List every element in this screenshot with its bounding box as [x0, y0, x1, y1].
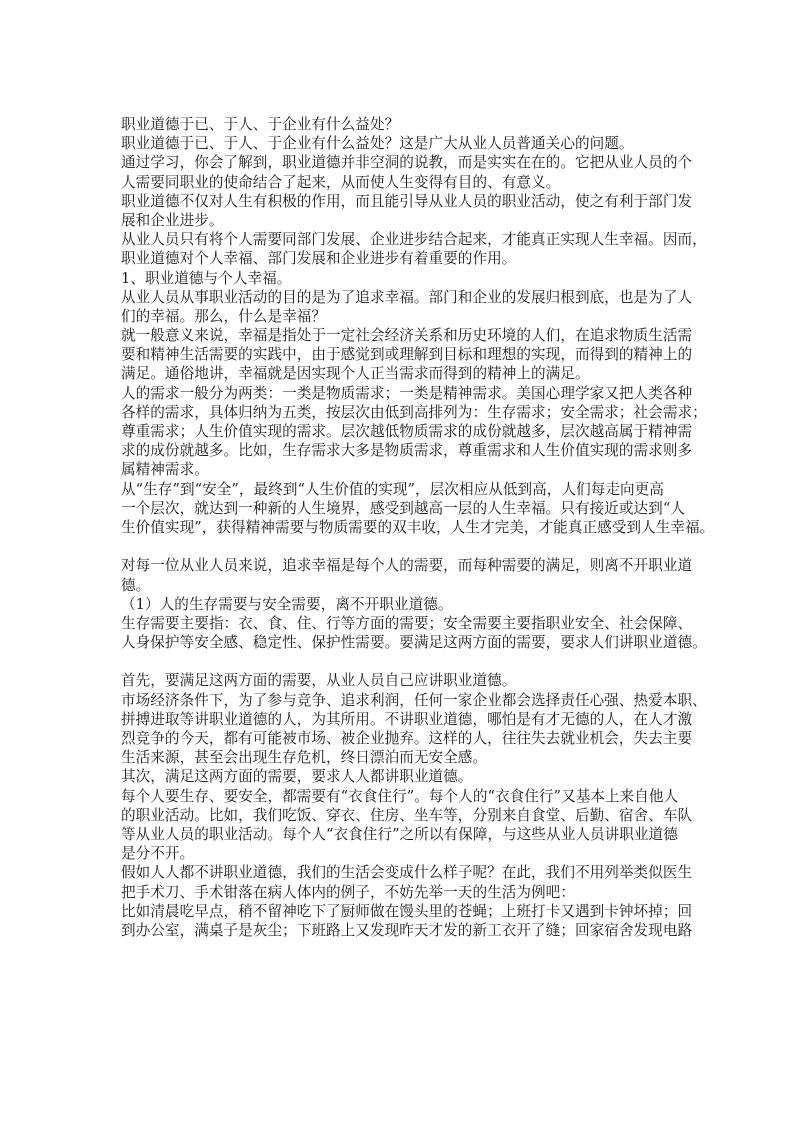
text-line: 到办公室，满桌子是灰尘；下班路上又发现昨天才发的新工衣开了缝；回家宿舍发现电路: [121, 921, 701, 940]
text-line: 等从业人员的职业活动。每个人“衣食住行”之所以有保障，与这些从业人员讲职业道德: [121, 825, 701, 844]
text-line: 要和精神生活需要的实践中，由于感觉到或理解到目标和理想的实现，而得到的精神上的: [121, 345, 701, 364]
text-line: 们的幸福。那么，什么是幸福？: [121, 307, 701, 326]
text-line: 的职业活动。比如，我们吃饭、穿衣、住房、坐车等，分别来自食堂、后勤、宿舍、车队: [121, 806, 701, 825]
text-line: 生存需要主要指：衣、食、住、行等方面的需要；安全需要主要指职业安全、社会保障、: [121, 614, 701, 633]
text-line: 人的需求一般分为两类：一类是物质需求；一类是精神需求。美国心理学家又把人类各种: [121, 384, 701, 403]
text-line: 从业人员从事职业活动的目的是为了追求幸福。部门和企业的发展归根到底，也是为了人: [121, 288, 701, 307]
blank-line: [121, 652, 701, 671]
text-line: 德。: [121, 576, 701, 595]
text-line: 把手术刀、手术钳落在病人体内的例子，不妨先举一天的生活为例吧：: [121, 883, 701, 902]
text-line: 生价值实现”，获得精神需要与物质需要的双丰收，人生才完美，才能真正感受到人生幸福…: [121, 518, 701, 537]
text-line: 从业人员只有将个人需要同部门发展、企业进步结合起来，才能真正实现人生幸福。因而，: [121, 230, 701, 249]
text-line: 就一般意义来说，幸福是指处于一定社会经济关系和历史环境的人们，在追求物质生活需: [121, 326, 701, 345]
text-line: 烈竞争的今天，都有可能被市场、被企业抛弃。这样的人，往往失去就业机会，失去主要: [121, 729, 701, 748]
text-line: 是分不开。: [121, 844, 701, 863]
text-line: 职业道德于已、于人、于企业有什么益处？: [121, 115, 701, 134]
text-line: 通过学习，你会了解到，职业道德并非空洞的说教，而是实实在在的。它把从业人员的个: [121, 153, 701, 172]
text-line: 展和企业进步。: [121, 211, 701, 230]
text-line: 职业道德不仅对人生有积极的作用，而且能引导从业人员的职业活动，使之有利于部门发: [121, 192, 701, 211]
text-line: 从“生存”到“安全”，最终到“人生价值的实现”，层次相应从低到高，人们每走向更高: [121, 480, 701, 499]
text-line: 满足。通俗地讲，幸福就是因实现个人正当需求而得到的精神上的满足。: [121, 364, 701, 383]
text-line: 假如人人都不讲职业道德，我们的生活会变成什么样子呢？在此，我们不用列举类似医生: [121, 863, 701, 882]
blank-line: [121, 537, 701, 556]
text-line: 属精神需求。: [121, 460, 701, 479]
text-line: 首先，要满足这两方面的需要，从业人员自己应讲职业道德。: [121, 671, 701, 690]
text-line: 人身保护等安全感、稳定性、保护性需要。要满足这两方面的需要，要求人们讲职业道德。: [121, 633, 701, 652]
text-line: 尊重需求；人生价值实现的需求。层次越低物质需求的成份就越多，层次越高属于精神需: [121, 422, 701, 441]
text-line: 比如清晨吃早点，稍不留神吃下了厨师做在馒头里的苍蝇；上班打卡又遇到卡钟坏掉；回: [121, 902, 701, 921]
text-line: 职业道德对个人幸福、部门发展和企业进步有着重要的作用。: [121, 249, 701, 268]
text-line: 1、职业道德与个人幸福。: [121, 269, 701, 288]
text-line: 市场经济条件下，为了参与竞争、追求利润，任何一家企业都会选择责任心强、热爱本职、: [121, 691, 701, 710]
text-line: 每个人要生存、要安全，都需要有“衣食住行”。每个人的“衣食住行”又基本上来自他人: [121, 787, 701, 806]
document-page: 职业道德于已、于人、于企业有什么益处？职业道德于已、于人、于企业有什么益处？这是…: [121, 115, 701, 940]
text-line: 拼搏进取等讲职业道德的人，为其所用。不讲职业道德，哪怕是有才无德的人，在人才激: [121, 710, 701, 729]
text-line: 各样的需求，具体归纳为五类，按层次由低到高排列为：生存需求；安全需求；社会需求；: [121, 403, 701, 422]
text-line: 其次，满足这两方面的需要，要求人人都讲职业道德。: [121, 767, 701, 786]
text-line: 一个层次，就达到一种新的人生境界，感受到越高一层的人生幸福。只有接近或达到“人: [121, 499, 701, 518]
text-line: 求的成份就越多。比如，生存需求大多是物质需求，尊重需求和人生价值实现的需求则多: [121, 441, 701, 460]
text-line: 生活来源，甚至会出现生存危机，终日漂泊而无安全感。: [121, 748, 701, 767]
text-line: 职业道德于已、于人、于企业有什么益处？这是广大从业人员普通关心的问题。: [121, 134, 701, 153]
text-line: 人需要同职业的使命结合了起来，从而使人生变得有目的、有意义。: [121, 173, 701, 192]
text-line: 对每一位从业人员来说，追求幸福是每个人的需要，而每种需要的满足，则离不开职业道: [121, 556, 701, 575]
text-line: （1）人的生存需要与安全需要，离不开职业道德。: [121, 595, 701, 614]
